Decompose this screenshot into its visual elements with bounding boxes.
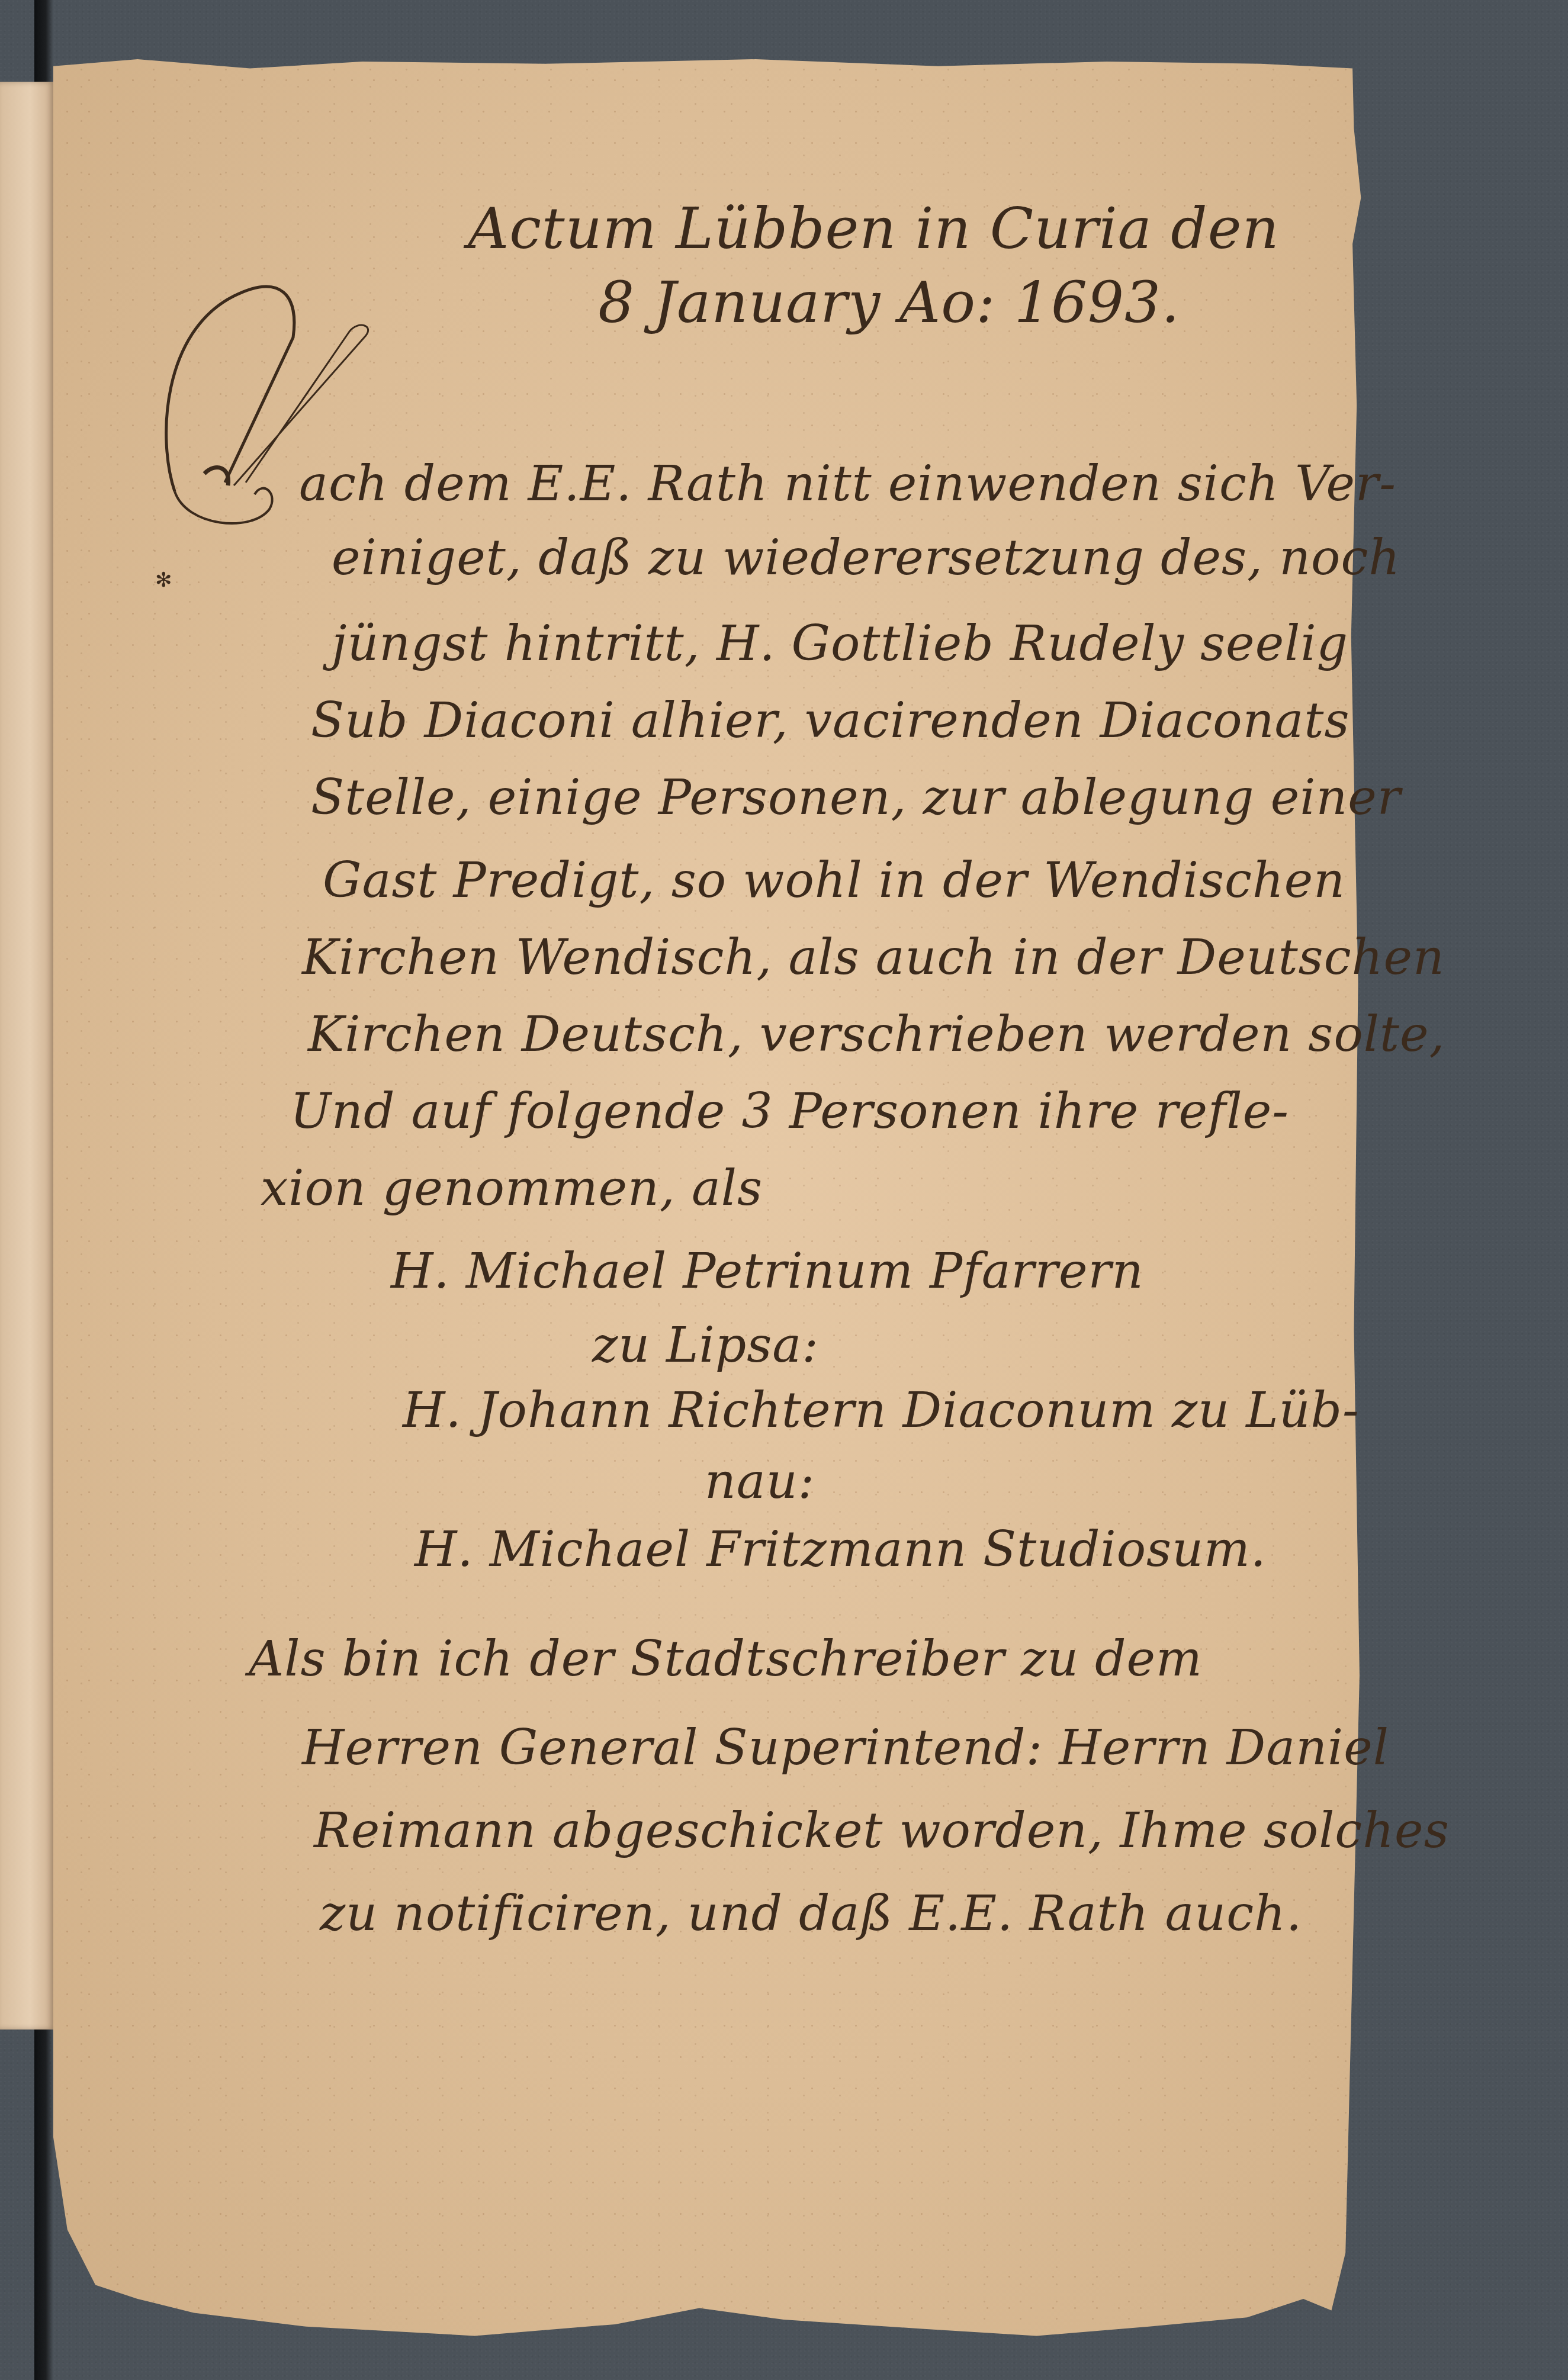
paragraph2-line-2: Herren General Superintend: Herrn Daniel [302,1720,1389,1776]
candidate-1-place: zu Lipsa: [592,1317,819,1374]
candidate-2: H. Johann Richtern Diaconum zu Lüb- [403,1382,1360,1439]
paragraph1-line-5: Stelle, einige Personen, zur ablegung ei… [311,770,1401,826]
paragraph2-line-1: Als bin ich der Stadtschreiber zu dem [249,1631,1203,1687]
paragraph2-line-3: Reimann abgeschicket worden, Ihme solche… [314,1803,1450,1859]
paragraph1-line-1: ach dem E.E. Rath nitt einwenden sich Ve… [299,456,1396,512]
candidate-2-place: nau: [705,1453,815,1510]
paragraph1-line-7: Kirchen Wendisch, als auch in der Deutsc… [302,930,1445,986]
candidate-3: H. Michael Fritzmann Studiosum. [415,1522,1267,1578]
paragraph1-line-10: xion genommen, als [261,1160,763,1217]
paragraph1-line-6: Gast Predigt, so wohl in der Wendischen [323,853,1345,909]
paragraph1-line-9: Und auf folgende 3 Personen ihre refle- [290,1083,1289,1140]
heading-line-1: Actum Lübben in Curia den [468,195,1279,262]
paragraph1-line-2: einiget, daß zu wiederersetzung des, noc… [332,530,1400,586]
facing-page-edge [0,82,56,2030]
paragraph1-line-3: jüngst hintritt, H. Gottlieb Rudely seel… [332,616,1348,672]
candidate-1: H. Michael Petrinum Pfarrern [391,1243,1143,1300]
heading-line-2: 8 January Ao: 1693. [598,269,1180,336]
paragraph1-line-8: Kirchen Deutsch, verschrieben werden sol… [308,1006,1445,1063]
paragraph2-line-4: zu notificiren, und daß E.E. Rath auch. [320,1886,1302,1942]
ink-blot-mark: ✻ [155,568,172,592]
paragraph1-line-4: Sub Diaconi alhier, vacirenden Diaconats [311,693,1349,749]
